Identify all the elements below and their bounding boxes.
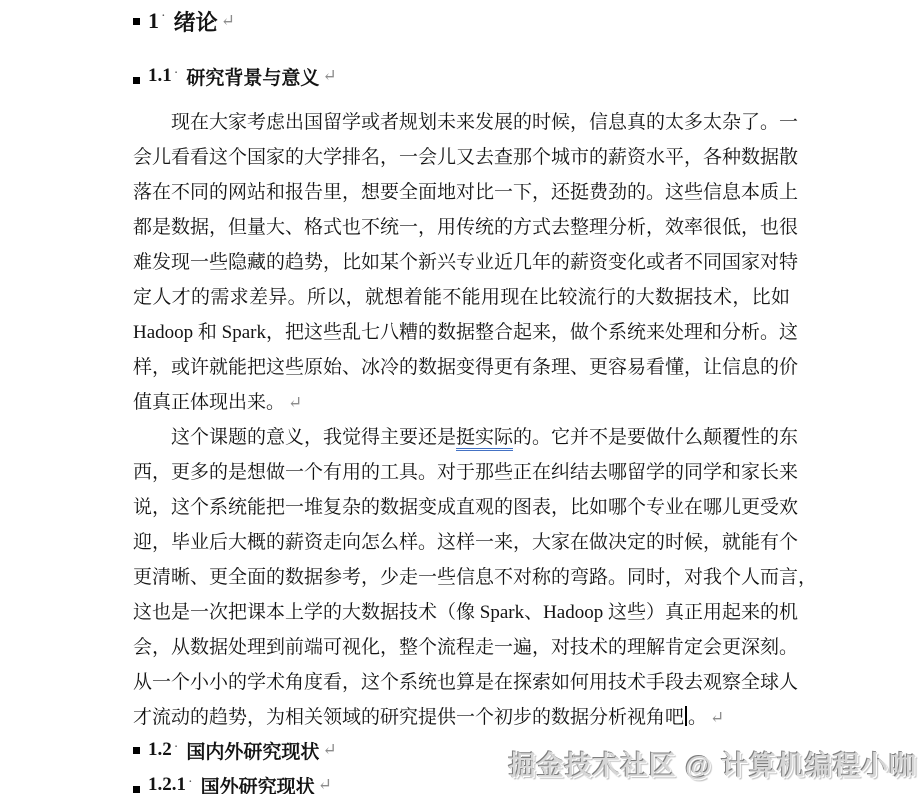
text-line: Hadoop 和 Spark，把这些乱七八糟的数据整合起来，做个系统来处理和分析… xyxy=(133,315,790,350)
text-line: 会，从数据处理到前端可视化，整个流程走一遍，对技术的理解肯定会更深刻。 xyxy=(133,630,790,665)
paragraph-mark-icon: ↵ xyxy=(221,11,235,31)
text-line: 难发现一些隐藏的趋势，比如某个新兴专业近几年的薪资变化或者不同国家对特 xyxy=(133,245,790,280)
heading-1-1-number: 1.1 xyxy=(148,65,172,87)
text-line: 说，这个系统能把一堆复杂的数据变成直观的图表，比如哪个专业在哪儿更受欢 xyxy=(133,490,790,525)
text-line: 从一个小小的学术角度看，这个系统也算是在探索如何用技术手段去观察全球人 xyxy=(133,665,790,700)
space-dot-mark: · xyxy=(188,772,193,794)
heading-1-2-1-number: 1.2.1 xyxy=(148,774,186,794)
document-page: 1 · 绪论 ↵ 1.1 · 研究背景与意义 ↵ 现在大家考虑出国留学或者规划未… xyxy=(0,0,921,794)
paragraph-mark-icon: ↵ xyxy=(318,775,332,794)
heading-1-2-number: 1.2 xyxy=(148,739,172,761)
text-line: 现在大家考虑出国留学或者规划未来发展的时候，信息真的太多太杂了。一 xyxy=(133,105,790,140)
outline-square-marker-icon xyxy=(133,18,140,25)
grammar-underlined-text: 挺实际 xyxy=(456,427,513,451)
outline-square-marker-icon xyxy=(133,786,140,793)
text-line: 西，更多的是想做一个有用的工具。对于那些正在纠结去哪留学的同学和家长来 xyxy=(133,455,790,490)
paragraph-mark-icon: ↵ xyxy=(322,740,336,760)
text-line: 都是数据，但量大、格式也不统一，用传统的方式去整理分析，效率很低，也很 xyxy=(133,210,790,245)
paragraph-2[interactable]: 这个课题的意义，我觉得主要还是挺实际的。它并不是要做什么颠覆性的东 西，更多的是… xyxy=(133,420,790,735)
heading-1-2-title: 国内外研究现状 xyxy=(186,737,319,764)
heading-1-2-1-title: 国外研究现状 xyxy=(201,772,315,794)
text-run: 这个课题的意义，我觉得主要还是 xyxy=(171,427,456,448)
heading-1-number: 1 xyxy=(148,8,159,34)
text-line: 值真正体现出来。↵ xyxy=(133,385,790,420)
outline-square-marker-icon xyxy=(133,77,140,84)
text-run: 才流动的趋势，为相关领域的研究提供一个初步的数据分析视角吧 xyxy=(133,707,684,728)
text-run: 的。它并不是要做什么颠覆性的东 xyxy=(513,427,798,448)
text-line: 才流动的趋势，为相关领域的研究提供一个初步的数据分析视角吧。↵ xyxy=(133,700,790,735)
text-line: 样，或许就能把这些原始、冰冷的数据变得更有条理、更容易看懂，让信息的价 xyxy=(133,350,790,385)
space-dot-mark: · xyxy=(174,737,179,759)
text-run: 。 xyxy=(688,707,707,728)
space-dot-mark: · xyxy=(161,6,166,28)
paragraph-1[interactable]: 现在大家考虑出国留学或者规划未来发展的时候，信息真的太多太杂了。一 会儿看看这个… xyxy=(133,105,790,420)
paragraph-mark-icon: ↵ xyxy=(288,393,302,412)
heading-1[interactable]: 1 · 绪论 ↵ xyxy=(133,6,790,36)
text-line: 定人才的需求差异。所以，就想着能不能用现在比较流行的大数据技术，比如 xyxy=(133,280,790,315)
document-text-area[interactable]: 1 · 绪论 ↵ 1.1 · 研究背景与意义 ↵ 现在大家考虑出国留学或者规划未… xyxy=(133,6,790,794)
text-cursor xyxy=(685,706,687,726)
heading-1-1-title: 研究背景与意义 xyxy=(186,63,319,90)
text-run: 值真正体现出来。 xyxy=(133,392,285,413)
text-line: 会儿看看这个国家的大学排名，一会儿又去查那个城市的薪资水平，各种数据散 xyxy=(133,140,790,175)
text-line: 这也是一次把课本上学的大数据技术（像 Spark、Hadoop 这些）真正用起来… xyxy=(133,595,790,630)
text-line: 落在不同的网站和报告里，想要全面地对比一下，还挺费劲的。这些信息本质上 xyxy=(133,175,790,210)
heading-1-1[interactable]: 1.1 · 研究背景与意义 ↵ xyxy=(133,63,790,89)
paragraph-mark-icon: ↵ xyxy=(710,708,724,727)
heading-1-title: 绪论 xyxy=(174,6,218,37)
text-line: 迎，毕业后大概的薪资走向怎么样。这样一来，大家在做决定的时候，就能有个 xyxy=(133,525,790,560)
text-line: 更清晰、更全面的数据参考，少走一些信息不对称的弯路。同时，对我个人而言， xyxy=(133,560,790,595)
space-dot-mark: · xyxy=(174,63,179,85)
text-line: 这个课题的意义，我觉得主要还是挺实际的。它并不是要做什么颠覆性的东 xyxy=(133,420,790,455)
outline-square-marker-icon xyxy=(133,747,140,754)
watermark-text: 掘金技术社区 @ 计算机编程小咖 xyxy=(509,744,917,783)
paragraph-mark-icon: ↵ xyxy=(322,66,336,86)
